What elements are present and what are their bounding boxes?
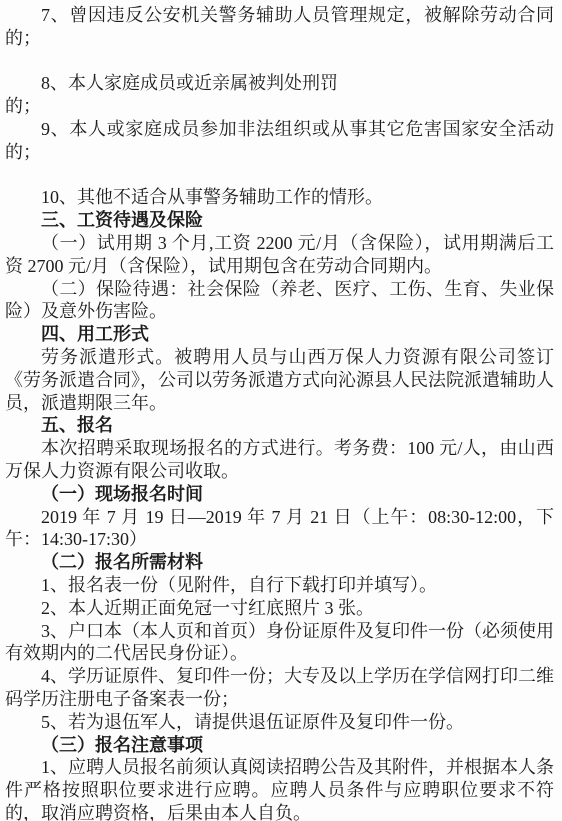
section-heading: 四、用工形式 <box>5 323 554 346</box>
section-heading: 三、工资待遇及保险 <box>5 209 554 232</box>
paragraph: 本次招聘采取现场报名的方式进行。考务费：100 元/人，由山西万保人力资源有限公… <box>5 437 554 483</box>
paragraph: 5、若为退伍军人，请提供退伍证原件及复印件一份。 <box>5 711 554 734</box>
document-page: 7、曾因违反公安机关警务辅助人员管理规定，被解除劳动合同的；8、本人家庭成员或近… <box>0 0 562 821</box>
paragraph: 2、本人近期正面免冠一寸红底照片 3 张。 <box>5 597 554 620</box>
paragraph: 劳务派遣形式。被聘用人员与山西万保人力资源有限公司签订《劳务派遣合同》，公司以劳… <box>5 346 554 414</box>
paragraph: 8、本人家庭成员或近亲属被判处刑罚 的； <box>5 72 554 118</box>
paragraph: 10、其他不适合从事警务辅助工作的情形。 <box>5 186 554 209</box>
paragraph: 3、户口本（本人页和首页）身份证原件及复印件一份（必须使用有效期内的二代居民身份… <box>5 620 554 666</box>
paragraph: 1、应聘人员报名前须认真阅读招聘公告及其附件，并根据本人条件严格按照职位要求进行… <box>5 756 554 821</box>
paragraph: 9、本人或家庭成员参加非法组织或从事其它危害国家安全活动的； <box>5 118 554 164</box>
paragraph: 1、报名表一份（见附件，自行下载打印并填写）。 <box>5 574 554 597</box>
paragraph: （二）保险待遇：社会保险（养老、医疗、工伤、生育、失业保险）及意外伤害险。 <box>5 278 554 324</box>
paragraph: （一）试用期 3 个月,工资 2200 元/月（含保险），试用期满后工资 270… <box>5 232 554 278</box>
section-heading: （三）报名注意事项 <box>5 734 554 757</box>
section-heading: （二）报名所需材料 <box>5 551 554 574</box>
blank-line <box>5 164 554 187</box>
section-heading: 五、报名 <box>5 414 554 437</box>
blank-line <box>5 50 554 73</box>
paragraph: 2019 年 7 月 19 日—2019 年 7 月 21 日（上午：08:30… <box>5 506 554 552</box>
section-heading: （一）现场报名时间 <box>5 483 554 506</box>
paragraph: 4、学历证原件、复印件一份；大专及以上学历在学信网打印二维码学历注册电子备案表一… <box>5 665 554 711</box>
paragraph: 7、曾因违反公安机关警务辅助人员管理规定，被解除劳动合同的； <box>5 4 554 50</box>
document-body: 7、曾因违反公安机关警务辅助人员管理规定，被解除劳动合同的；8、本人家庭成员或近… <box>5 4 554 821</box>
